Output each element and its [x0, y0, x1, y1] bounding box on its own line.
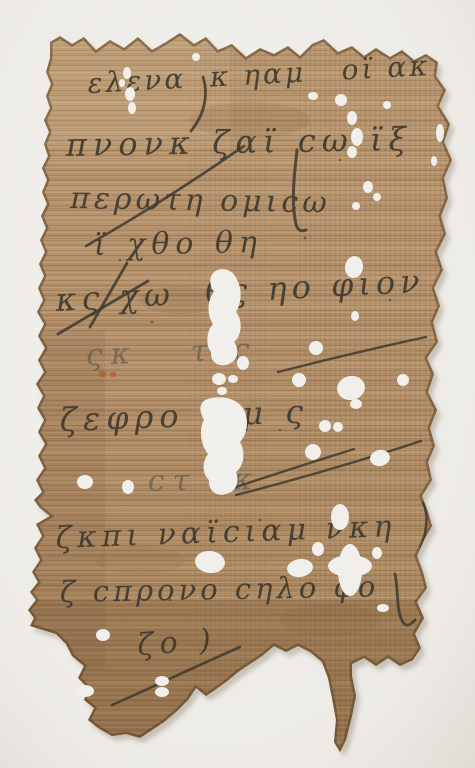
lacuna — [155, 687, 169, 697]
lacuna — [350, 399, 362, 409]
lacuna — [309, 341, 323, 355]
handwriting-line-4: ϊ χθο θη — [94, 225, 264, 263]
lacuna — [96, 629, 110, 641]
lacuna — [308, 92, 318, 100]
red-ochre-mark — [110, 372, 116, 378]
lacuna — [328, 555, 372, 577]
handwriting-line-11: ζο ) — [136, 623, 218, 663]
lacuna — [192, 53, 200, 61]
lacuna — [312, 542, 324, 556]
lacuna — [122, 480, 134, 494]
lacuna — [363, 181, 373, 193]
lacuna — [377, 604, 389, 612]
lacuna — [237, 356, 249, 370]
lacuna — [77, 475, 93, 489]
lacuna — [76, 685, 94, 697]
papyrus-scan-image: ελενα κ ηαμ οϊ ακ πνονκ ζαϊ ϲω ϊξ περωτη… — [0, 0, 475, 768]
lacuna — [119, 79, 125, 87]
lacuna — [347, 111, 357, 125]
lacuna — [333, 422, 343, 432]
lacuna — [397, 374, 409, 386]
lacuna — [319, 420, 331, 432]
lacuna — [228, 375, 238, 383]
blotch — [280, 604, 380, 636]
lacuna — [128, 102, 136, 114]
lacuna — [292, 373, 306, 387]
lacuna — [436, 124, 444, 142]
lacuna — [431, 156, 437, 166]
lacuna — [351, 128, 363, 146]
lacuna-large-upper — [207, 269, 240, 365]
lacuna — [335, 94, 347, 106]
lacuna — [383, 101, 391, 109]
red-ochre-mark — [99, 371, 107, 378]
lacuna — [331, 504, 349, 530]
lacuna — [351, 311, 359, 321]
handwriting-line-10: ζ ϲπρονο ϲηλο φο — [60, 569, 380, 609]
lacuna — [372, 547, 382, 559]
lacuna — [155, 676, 169, 686]
lacuna — [123, 67, 131, 79]
lacuna — [305, 444, 321, 460]
lacuna — [347, 146, 357, 158]
lacuna — [125, 87, 135, 101]
lacuna — [212, 373, 226, 385]
lacuna — [352, 202, 360, 210]
handwriting-line-3: περωτη ομιϲω — [69, 181, 331, 221]
lacuna — [217, 387, 227, 395]
lacuna — [373, 193, 381, 201]
